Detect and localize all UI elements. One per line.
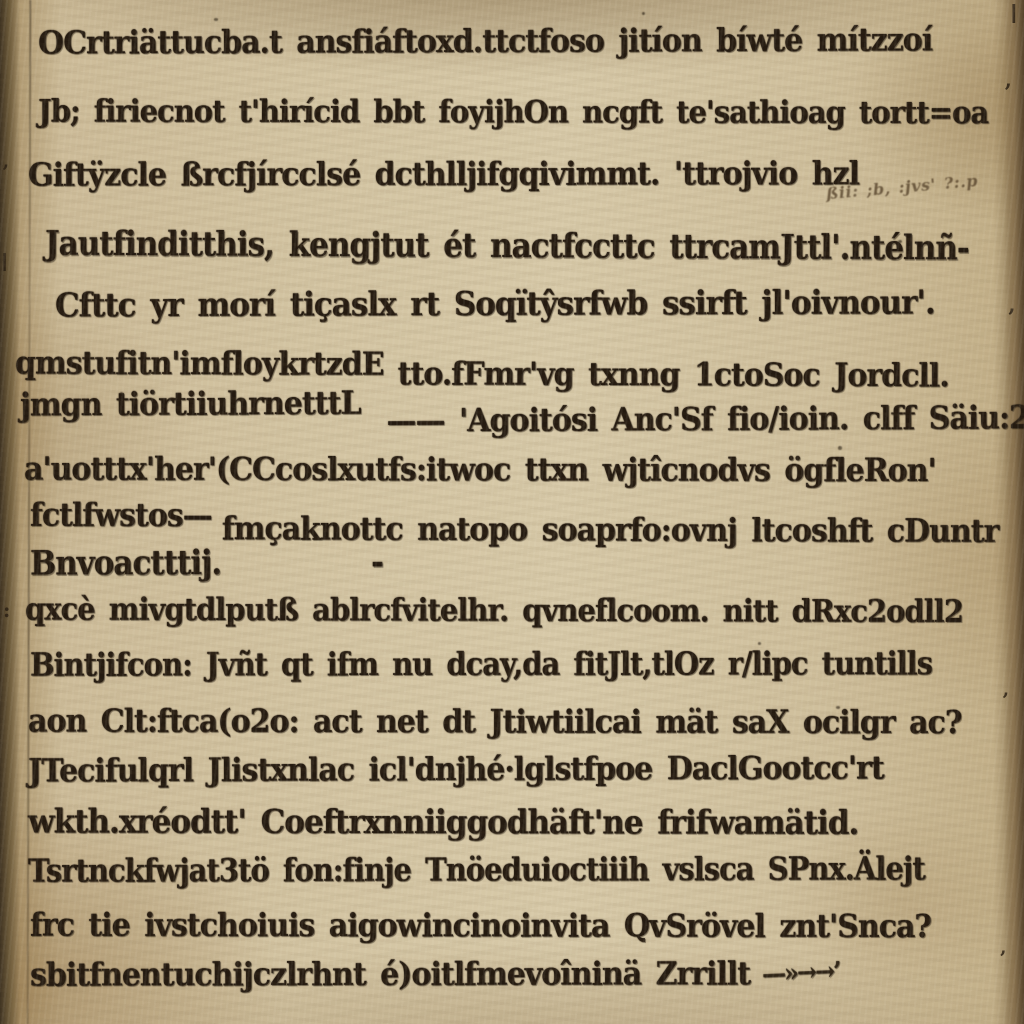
line-9-left-segment: fctlfwstos— [30, 497, 212, 535]
manuscript-line-15: wkth.xréodtt' Coeftrxnniiggodhäft'ne fri… [28, 803, 858, 843]
manuscript-line-16: Tsrtnckfwjat3tö fon:finje Tnöeduioctiiih… [28, 850, 925, 889]
manuscript-line-3: Giftÿzcle ßrcfjírcclsé dcthlljifgqivimmt… [28, 155, 859, 194]
manuscript-line-2: Jb; firiecnot t'hirícid bbt foyijhOn ncg… [38, 93, 988, 131]
manuscript-page: OCrtriättucba.t ansfiáftoxd.ttctfoso jit… [0, 0, 1024, 1024]
line-10-dash: - [371, 543, 383, 582]
line-6-left-segment: qmstufitn'imfloykrtzdE [15, 345, 384, 383]
ink-speck [120, 392, 123, 395]
margin-ink-mark: ǀ [1, 248, 8, 277]
margin-ink-mark: ‚ [1008, 292, 1016, 318]
ink-speck [898, 240, 902, 243]
manuscript-line-10: Bnvoactttij.- [30, 543, 383, 583]
line-18-text: sbitfnentuchijczlrhnt é)oitlfmevoîninä Z… [30, 956, 750, 994]
ink-speck [836, 706, 840, 709]
manuscript-line-7: jmgn tiörtiiuhrnetttL—— 'Agoitósi Anc'Sf… [20, 382, 1024, 424]
margin-ink-mark: ’ [1004, 80, 1012, 106]
ink-speck [504, 432, 507, 435]
margin-ink-mark: : [3, 598, 10, 622]
manuscript-line-8: a'uotttx'her'(CCcoslxutfs:itwoc ttxn wjt… [24, 451, 936, 490]
manuscript-line-14: JTecifulqrl Jlistxnlac icl'dnjhé·lglstfp… [28, 750, 884, 790]
line-10-word: Bnvoactttij. [30, 544, 221, 584]
manuscript-line-5: Cfttc yr morí tiçaslx rt Soqïtŷsrfwb ssi… [55, 284, 935, 325]
manuscript-line-9: fctlfwstos—fmçaknottc natopo soaprfo:ovn… [30, 497, 999, 537]
line-7-left-segment: jmgn tiörtiiuhrnetttL [20, 385, 361, 424]
ink-speck [214, 18, 218, 21]
margin-ink-mark: ’ [2, 160, 9, 184]
manuscript-line-11: qxcè mivgtdlputß ablrcfvitelhr. qvneflco… [25, 591, 963, 629]
ink-speck [642, 12, 645, 15]
margin-ink-mark: ǀ [1010, 0, 1018, 30]
manuscript-line-18: sbitfnentuchijczlrhnt é)oitlfmevoîninä Z… [30, 956, 840, 995]
margin-ink-mark: ’ [1002, 688, 1009, 712]
ink-speck [758, 642, 761, 645]
manuscript-line-13: aon Clt:ftca(o2o: act net dt Jtiwtiilcai… [28, 703, 962, 742]
line-7-right-segment: —— 'Agoitósi Anc'Sf fio/ioin. clff Säiu:… [387, 400, 1024, 440]
manuscript-line-17: frc tie ivstchoiuis aigowincinoinvita Qv… [30, 907, 931, 946]
manuscript-line-4: Jautfinditthis, kengjtut ét nactfccttc t… [45, 225, 969, 269]
manuscript-line-12: Bintjifcon: Jvñt qt ifm nu dcay,da fitJl… [30, 645, 932, 683]
margin-ink-mark: ʼ [999, 946, 1006, 970]
page-left-edge [0, 0, 20, 1024]
manuscript-line-6: qmstufitn'imfloykrtzdEtto.fFmr'vg txnng … [15, 345, 949, 385]
pen-flourish-icon: —»→→’ [762, 955, 841, 989]
page-right-edge [1004, 0, 1024, 1024]
ink-speck [838, 446, 842, 450]
manuscript-line-1: OCrtriättucba.t ansfiáftoxd.ttctfoso jit… [38, 22, 932, 62]
